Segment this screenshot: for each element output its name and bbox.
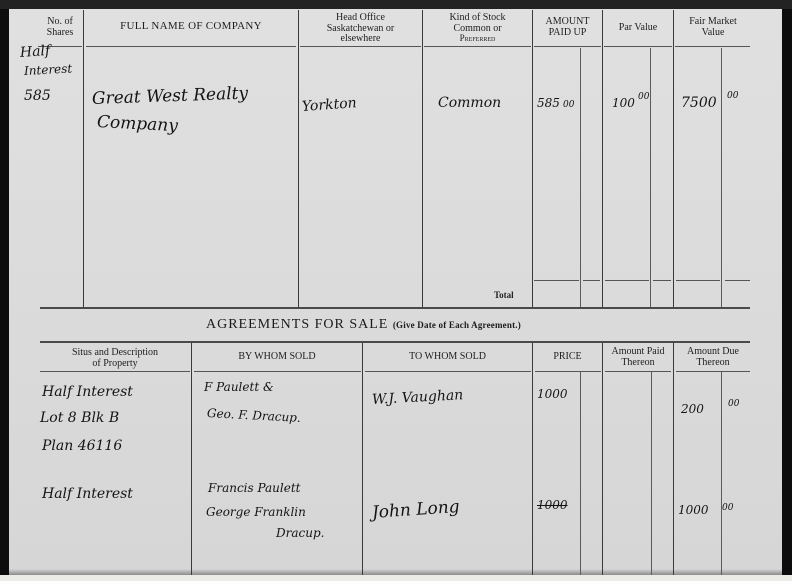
total-rule: [583, 280, 600, 281]
situs-line3: Plan 46116: [42, 438, 122, 454]
par-value-value: 100: [612, 96, 635, 110]
header-top-rule: [40, 341, 750, 343]
cents-divider: [580, 372, 581, 575]
header-rule: [86, 46, 296, 47]
par-value-cents: 00: [638, 92, 649, 102]
header-by-whom-sold: BY WHOM SOLD: [192, 352, 362, 363]
shares-interest-text: Interest: [24, 61, 73, 78]
header-line: Head Office: [299, 13, 422, 24]
col-divider: [532, 10, 533, 307]
situs-line1: Half Interest: [42, 486, 133, 502]
header-situs: Situs and Description of Property: [40, 348, 190, 369]
fair-market-cents: 00: [727, 91, 738, 101]
col-divider: [362, 343, 363, 575]
header-no-of-shares: No. of Shares: [38, 17, 82, 38]
total-rule: [653, 280, 671, 281]
header-rule: [605, 371, 671, 372]
header-rule: [604, 46, 672, 47]
shares-half-text: Half: [19, 43, 50, 61]
situs-line1: Half Interest: [42, 384, 133, 400]
cents-divider: [651, 372, 652, 575]
header-fair-market-value: Fair Market Value: [674, 17, 752, 38]
cents-divider: [721, 48, 722, 307]
amount-due-cents: 00: [722, 503, 733, 513]
header-line: Value: [674, 28, 752, 39]
header-rule: [300, 46, 421, 47]
header-rule: [40, 371, 190, 372]
agreements-title-text: AGREEMENTS FOR SALE: [206, 317, 388, 332]
total-rule: [534, 280, 579, 281]
amount-due-cents: 00: [728, 399, 739, 409]
window-left-border: [0, 9, 9, 575]
cents-divider: [580, 48, 581, 307]
header-line: Amount Paid: [603, 347, 673, 358]
amount-paid-value: 585: [537, 96, 560, 110]
header-kind-of-stock: Kind of Stock Common or Preferred: [423, 13, 532, 43]
amount-due-value: 1000: [678, 503, 709, 517]
header-line: Kind of Stock: [423, 13, 532, 24]
window-right-border: [782, 9, 792, 575]
header-rule: [676, 371, 750, 372]
shares-count: 585: [24, 88, 51, 104]
amount-paid-cents: 00: [563, 100, 574, 110]
price-value: 1000: [537, 498, 568, 512]
header-rule: [194, 371, 361, 372]
situs-line2: Lot 8 Blk B: [40, 410, 119, 426]
header-line: Preferred: [423, 34, 532, 43]
header-line: Situs and Description: [40, 348, 190, 359]
header-line: PAID UP: [533, 28, 602, 39]
header-rule: [534, 46, 601, 47]
col-divider: [532, 343, 533, 575]
header-par-value: Par Value: [603, 23, 673, 34]
header-amount-paid-thereon: Amount Paid Thereon: [603, 347, 673, 368]
header-line: AMOUNT: [533, 17, 602, 28]
total-rule: [676, 280, 720, 281]
header-to-whom-sold: TO WHOM SOLD: [363, 352, 532, 363]
header-amount-paid-up: AMOUNT PAID UP: [533, 17, 602, 38]
col-divider: [673, 343, 674, 575]
total-rule: [605, 280, 649, 281]
header-rule: [675, 46, 750, 47]
price-value: 1000: [537, 387, 568, 401]
fair-market-value: 7500: [681, 95, 717, 111]
total-rule: [725, 280, 750, 281]
by-whom-line1: F Paulett &: [204, 380, 274, 394]
header-line: Amount Due: [674, 347, 752, 358]
col-divider: [673, 10, 674, 307]
col-divider: [602, 10, 603, 307]
header-line: Thereon: [603, 358, 673, 369]
header-amount-due-thereon: Amount Due Thereon: [674, 347, 752, 368]
window-bottom-strip: [0, 575, 792, 581]
header-full-name: FULL NAME OF COMPANY: [84, 21, 298, 33]
section-separator: [40, 307, 750, 309]
by-whom-line3: Dracup.: [276, 526, 324, 540]
by-whom-line2: George Franklin: [206, 505, 306, 519]
cents-divider: [721, 372, 722, 575]
header-rule: [424, 46, 531, 47]
agreements-subtitle: (Give Date of Each Agreement.): [393, 320, 521, 330]
header-price: PRICE: [533, 352, 602, 363]
total-label: Total: [494, 290, 514, 300]
amount-due-value: 200: [681, 402, 704, 416]
by-whom-line1: Francis Paulett: [208, 481, 300, 495]
company-name-line2: Company: [96, 112, 178, 136]
agreements-title: AGREEMENTS FOR SALE (Give Date of Each A…: [206, 317, 521, 333]
col-divider: [422, 10, 423, 307]
header-rule: [535, 371, 601, 372]
header-line: of Property: [40, 359, 190, 370]
header-line: Fair Market: [674, 17, 752, 28]
header-head-office: Head Office Saskatchewan or elsewhere: [299, 13, 422, 45]
cents-divider: [650, 48, 651, 307]
page-bottom-shadow: [9, 569, 782, 575]
header-line: Thereon: [674, 358, 752, 369]
kind-of-stock-value: Common: [438, 95, 501, 111]
col-divider: [602, 343, 603, 575]
header-rule: [365, 371, 531, 372]
col-divider: [191, 343, 192, 575]
window-top-border: [0, 0, 792, 9]
header-line: elsewhere: [299, 34, 422, 45]
col-divider: [298, 10, 299, 307]
col-divider: [83, 10, 84, 307]
